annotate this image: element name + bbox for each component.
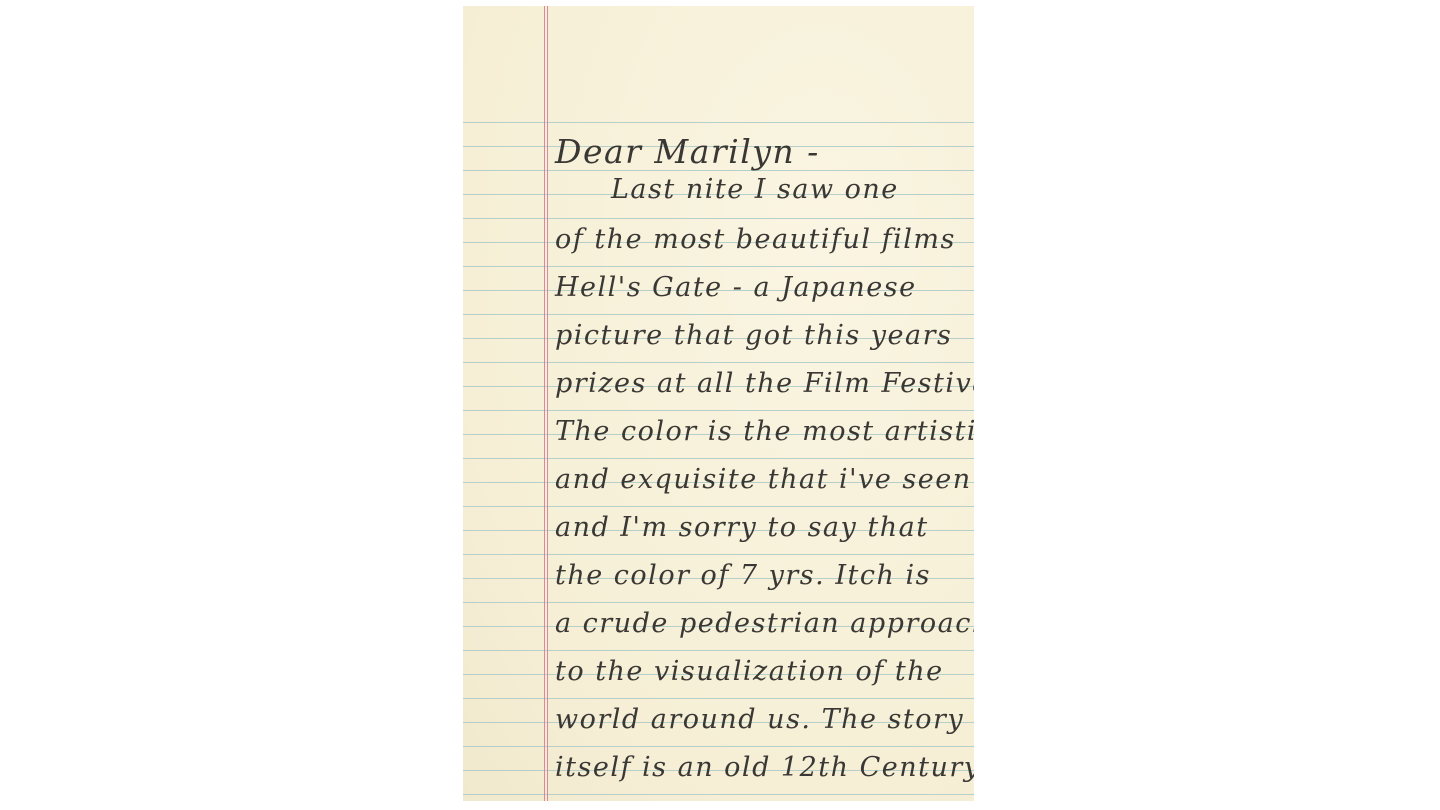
rule-line [463, 650, 974, 651]
rule-line [463, 458, 974, 459]
letter-line: The color is the most artistic [555, 420, 974, 444]
rule-line [463, 794, 974, 795]
letter-page: Dear Marilyn - Last nite I saw one of th… [463, 6, 974, 801]
rule-line [463, 554, 974, 555]
rule-line [463, 266, 974, 267]
rule-line [463, 602, 974, 603]
letter-line: world around us. The story [555, 708, 964, 732]
rule-line [463, 506, 974, 507]
letter-line: to the visualization of the [555, 660, 944, 684]
letter-line: the color of 7 yrs. Itch is [555, 564, 931, 588]
rule-line [463, 122, 974, 123]
letter-line: a crude pedestrian approach [555, 612, 974, 636]
rule-line [463, 746, 974, 747]
letter-line: and I'm sorry to say that [555, 516, 929, 540]
rule-line [463, 218, 974, 219]
letter-salutation: Dear Marilyn - [555, 140, 820, 164]
rule-line [463, 698, 974, 699]
rule-line [463, 362, 974, 363]
letter-line: picture that got this years [555, 324, 952, 348]
letter-line: Hell's Gate - a Japanese [555, 276, 917, 300]
letter-line: of the most beautiful films [555, 228, 956, 252]
rule-line [463, 314, 974, 315]
letter-line: itself is an old 12th Century [555, 756, 974, 780]
margin-line-left [544, 6, 545, 801]
letter-line: Last nite I saw one [611, 178, 899, 202]
rule-line [463, 410, 974, 411]
letter-line: and exquisite that i've seen [555, 468, 972, 492]
margin-line-right [547, 6, 548, 801]
letter-line: prizes at all the Film Festivals. [555, 372, 974, 396]
